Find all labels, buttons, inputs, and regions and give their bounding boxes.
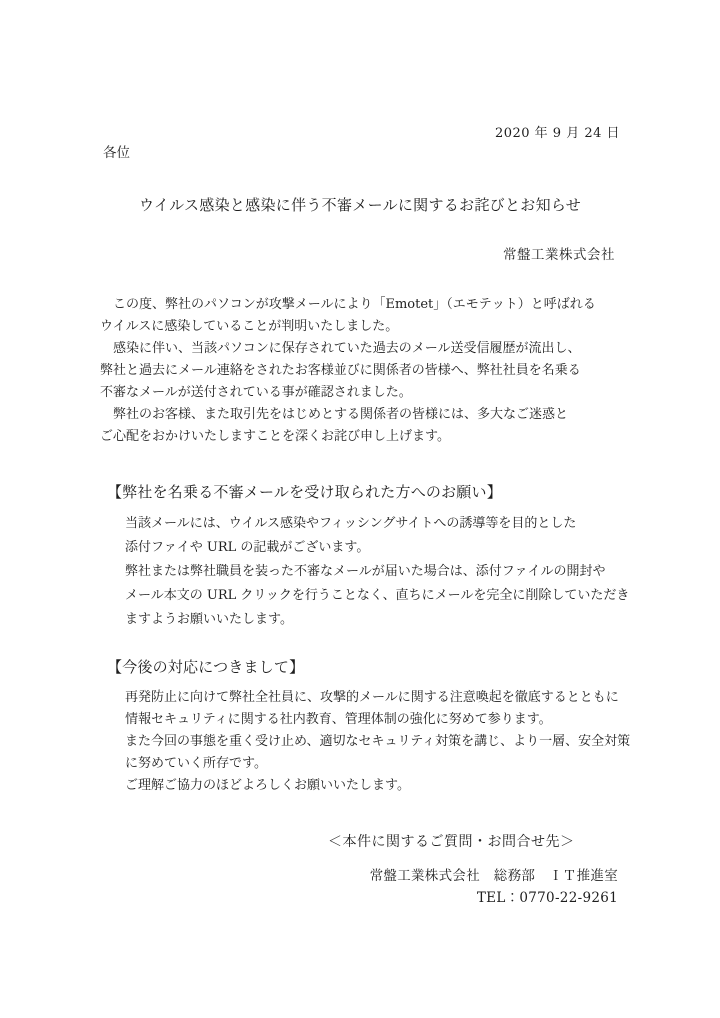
contact-department: 常盤工業株式会社 総務部 ＩＴ推進室 bbox=[370, 864, 618, 884]
section-heading-future-response: 【今後の対応につきまして】 bbox=[107, 656, 304, 677]
document-title: ウイルス感染と感染に伴う不審メールに関するお詫びとお知らせ bbox=[0, 194, 720, 215]
company-signature: 常盤工業株式会社 bbox=[503, 243, 615, 263]
intro-line: この度、弊社のパソコンが攻撃メールにより「Emotet」（エモテット）と呼ばれる bbox=[100, 294, 625, 316]
contact-heading: ＜本件に関するご質問・お問合せ先＞ bbox=[328, 831, 575, 851]
intro-line: 弊社と過去にメール連絡をされたお客様並びに関係者の皆様へ、弊社社員を名乗る bbox=[100, 360, 625, 382]
section-heading-suspicious-mail: 【弊社を名乗る不審メールを受け取られた方へのお願い】 bbox=[107, 481, 502, 502]
section-line: に努めていく所存です。 bbox=[125, 753, 635, 775]
intro-line: ご心配をおかけいたしますことを深くお詫び申し上げます。 bbox=[100, 426, 625, 448]
intro-paragraph: この度、弊社のパソコンが攻撃メールにより「Emotet」（エモテット）と呼ばれる… bbox=[100, 294, 625, 448]
section-line: また今回の事態を重く受け止め、適切なセキュリティ対策を講じ、より一層、安全対策 bbox=[125, 731, 635, 753]
intro-line: 不審なメールが送付されている事が確認されました。 bbox=[100, 382, 625, 404]
section-line: 添付ファイや URL の記載がございます。 bbox=[125, 536, 635, 560]
section-line: 情報セキュリティに関する社内教育、管理体制の強化に努めて参ります。 bbox=[125, 709, 635, 731]
section-body-future-response: 再発防止に向けて弊社全社員に、攻撃的メールに関する注意喚起を徹底するとともに 情… bbox=[125, 687, 635, 797]
document-page: 2020 年 9 月 24 日 各位 ウイルス感染と感染に伴う不審メールに関する… bbox=[0, 0, 720, 1018]
section-body-suspicious-mail: 当該メールには、ウイルス感染やフィッシングサイトへの誘導等を目的とした 添付ファ… bbox=[125, 512, 635, 632]
section-line: 当該メールには、ウイルス感染やフィッシングサイトへの誘導等を目的とした bbox=[125, 512, 635, 536]
section-line: メール本文の URL クリックを行うことなく、直ちにメールを完全に削除していただ… bbox=[125, 584, 635, 608]
section-line: 弊社または弊社職員を装った不審なメールが届いた場合は、添付ファイルの開封や bbox=[125, 560, 635, 584]
contact-phone: TEL：0770-22-9261 bbox=[477, 886, 618, 906]
intro-line: 弊社のお客様、また取引先をはじめとする関係者の皆様には、多大なご迷惑と bbox=[100, 404, 625, 426]
addressee: 各位 bbox=[103, 141, 130, 161]
section-line: 再発防止に向けて弊社全社員に、攻撃的メールに関する注意喚起を徹底するとともに bbox=[125, 687, 635, 709]
intro-line: ウイルスに感染していることが判明いたしました。 bbox=[100, 316, 625, 338]
intro-line: 感染に伴い、当該パソコンに保存されていた過去のメール送受信履歴が流出し、 bbox=[100, 338, 625, 360]
section-line: ご理解ご協力のほどよろしくお願いいたします。 bbox=[125, 775, 635, 797]
document-date: 2020 年 9 月 24 日 bbox=[495, 122, 620, 141]
section-line: ますようお願いいたします。 bbox=[125, 608, 635, 632]
